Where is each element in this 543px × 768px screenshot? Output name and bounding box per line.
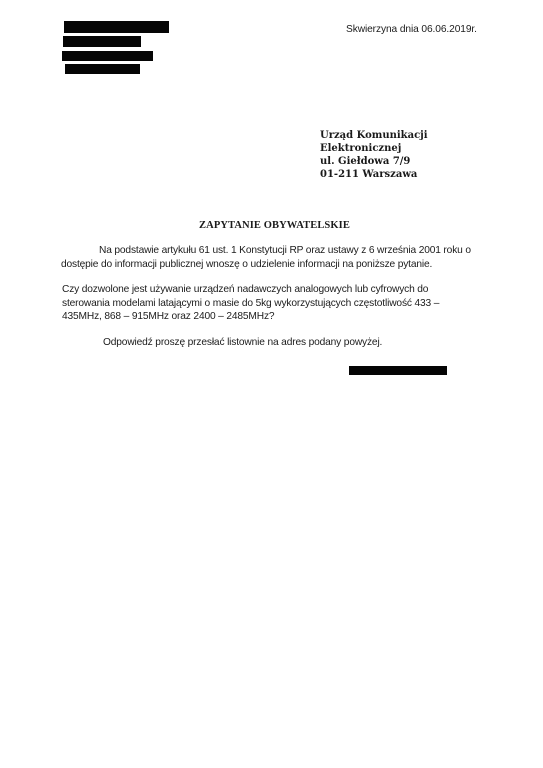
redaction-bar xyxy=(65,64,140,74)
recipient-address: Urząd Komunikacji Elektronicznej ul. Gie… xyxy=(320,129,428,181)
letter-page: Skwierzyna dnia 06.06.2019r. Urząd Komun… xyxy=(0,0,543,768)
letter-title: ZAPYTANIE OBYWATELSKIE xyxy=(0,220,543,231)
recipient-line: ul. Giełdowa 7/9 xyxy=(320,155,428,168)
paragraph-line: Na podstawie artykułu 61 ust. 1 Konstytu… xyxy=(61,244,481,258)
paragraph-line: 435MHz, 868 – 915MHz oraz 2400 – 2485MHz… xyxy=(62,310,482,324)
signature-redaction xyxy=(349,366,447,375)
redaction-bar xyxy=(63,36,141,47)
paragraph-response-request: Odpowiedź proszę przesłać listownie na a… xyxy=(103,336,523,350)
recipient-line: Elektronicznej xyxy=(320,142,428,155)
paragraph-legal-basis: Na podstawie artykułu 61 ust. 1 Konstytu… xyxy=(61,244,481,271)
redaction-bar xyxy=(62,51,153,61)
paragraph-line: Odpowiedź proszę przesłać listownie na a… xyxy=(103,336,523,350)
paragraph-question: Czy dozwolone jest używanie urządzeń nad… xyxy=(62,283,482,324)
recipient-line: Urząd Komunikacji xyxy=(320,129,428,142)
recipient-line: 01-211 Warszawa xyxy=(320,168,428,181)
paragraph-line: Czy dozwolone jest używanie urządzeń nad… xyxy=(62,283,482,297)
paragraph-line: dostępie do informacji publicznej wnoszę… xyxy=(61,258,481,272)
redaction-bar xyxy=(64,21,169,33)
paragraph-line: sterowania modelami latającymi o masie d… xyxy=(62,297,482,311)
date-line: Skwierzyna dnia 06.06.2019r. xyxy=(346,24,477,35)
